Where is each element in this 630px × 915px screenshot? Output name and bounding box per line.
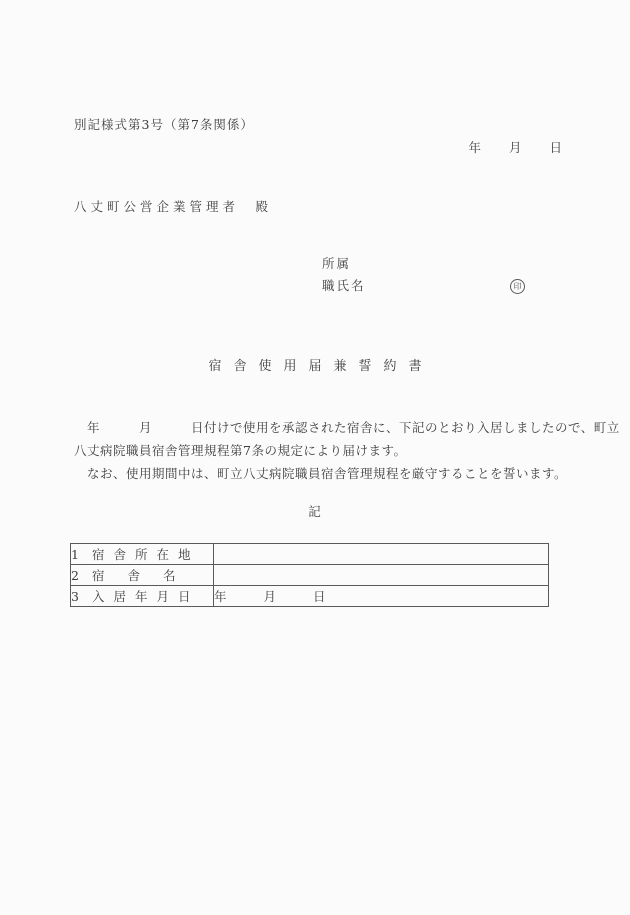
addressee-line: 八丈町公営企業管理者 殿 (74, 201, 272, 214)
date-line: 年 月 日 (468, 142, 563, 155)
seal-character: 印 (514, 283, 522, 291)
body-paragraph: 年 月 日付けで使用を承認された宿舎に、下記のとおり入居しましたので、町立 八丈… (74, 416, 566, 485)
body-line-1: 年 月 日付けで使用を承認された宿舎に、下記のとおり入居しましたので、町立 (74, 416, 566, 439)
body-line-2: 八丈病院職員宿舎管理規程第7条の規定により届けます。 (74, 439, 566, 462)
row-value-cell: 年 月 日 (214, 586, 549, 607)
row-number: 2 (71, 568, 92, 583)
table-row: 3入居年月日 年 月 日 (71, 586, 549, 607)
table-row: 2宿舎名 (71, 565, 549, 586)
row-label-cell: 3入居年月日 (71, 586, 214, 607)
document-title: 宿舎使用届兼誓約書 (0, 360, 630, 373)
form-number-line: 別記様式第3号（第7条関係） (74, 119, 254, 132)
table-row: 1宿舎所在地 (71, 544, 549, 565)
row-value-cell (214, 544, 549, 565)
record-marker: 記 (0, 506, 630, 519)
row-number: 1 (71, 547, 92, 562)
body-line-3: なお、使用期間中は、町立八丈病院職員宿舎管理規程を厳守することを誓います。 (74, 462, 566, 485)
row-label: 宿舎所在地 (92, 547, 200, 562)
row-label-cell: 1宿舎所在地 (71, 544, 214, 565)
row-label: 入居年月日 (92, 589, 200, 604)
document-page: 別記様式第3号（第7条関係） 年 月 日 八丈町公営企業管理者 殿 所属 職氏名… (0, 0, 630, 915)
row-value-cell (214, 565, 549, 586)
affiliation-label: 所属 (322, 258, 351, 271)
name-label: 職氏名 (322, 280, 366, 293)
row-label-cell: 2宿舎名 (71, 565, 214, 586)
seal-stamp-icon: 印 (510, 279, 525, 294)
row-label: 宿舎名 (92, 568, 199, 583)
row-number: 3 (71, 589, 92, 604)
row-value: 年 月 日 (214, 589, 330, 604)
dormitory-table: 1宿舎所在地 2宿舎名 3入居年月日 年 月 日 (70, 543, 549, 607)
